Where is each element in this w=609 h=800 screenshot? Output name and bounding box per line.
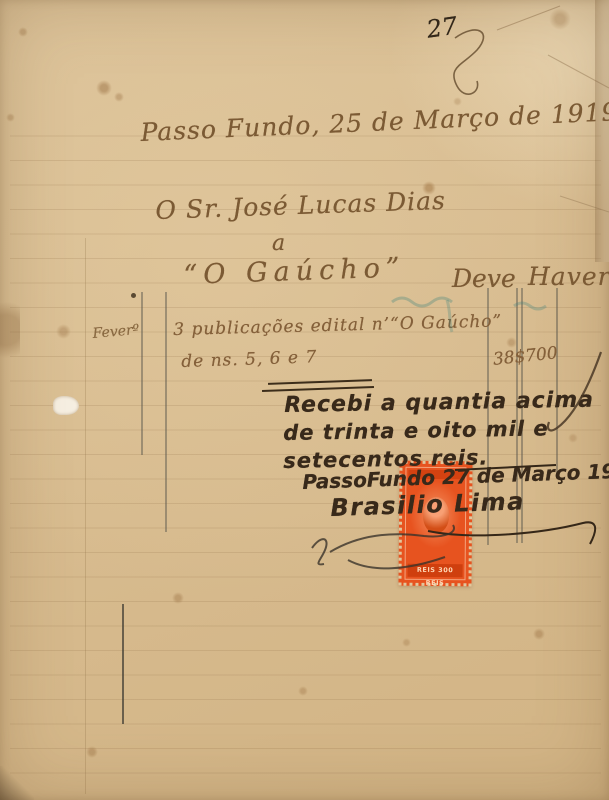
total-rule-line <box>268 379 372 385</box>
pencil-column-line <box>165 292 167 532</box>
pencil-column-line <box>122 604 124 724</box>
column-header-deve: Deve <box>452 264 516 293</box>
right-edge-fold <box>595 0 609 262</box>
pencil-column-line <box>556 288 558 478</box>
stamp-denomination: REIS 300 REIS <box>408 564 463 577</box>
paper-chip-damage <box>53 396 79 415</box>
signature: Brasilio Lima <box>330 487 525 522</box>
fold-crease <box>497 6 560 30</box>
corner-shadow <box>0 766 34 800</box>
preposition-a: a <box>272 231 285 256</box>
account-title: “O Gaúcho” <box>183 252 406 291</box>
scanned-receipt-document: REIS 300 REIS 27 Passo Fundo, 25 de Març… <box>0 0 609 800</box>
corner-flourish <box>454 30 484 94</box>
show-through-mark <box>514 303 546 309</box>
left-margin-line <box>85 238 86 794</box>
entry-amount: 38$700 <box>492 343 559 370</box>
column-header-haver: Haver <box>528 262 609 291</box>
entry-description-1: 3 publicações edital n’“O Gaúcho” <box>173 311 502 340</box>
entry-month: Feverº <box>92 322 140 342</box>
receipt-line-2: de trinta e oito mil e <box>283 416 549 445</box>
show-through-mark <box>392 298 452 306</box>
entry-description-2: de ns. 5, 6 e 7 <box>181 347 318 372</box>
fold-crease <box>560 196 609 212</box>
fold-crease <box>548 55 609 88</box>
dateline: Passo Fundo, 25 de Março de 1919 <box>140 97 609 147</box>
corner-number: 27 <box>425 12 459 44</box>
pencil-column-line <box>141 292 143 455</box>
receipt-line-1: Recebi a quantia acima <box>284 388 594 418</box>
ink-dot <box>131 293 136 298</box>
addressee-line: O Sr. José Lucas Dias <box>155 186 446 225</box>
